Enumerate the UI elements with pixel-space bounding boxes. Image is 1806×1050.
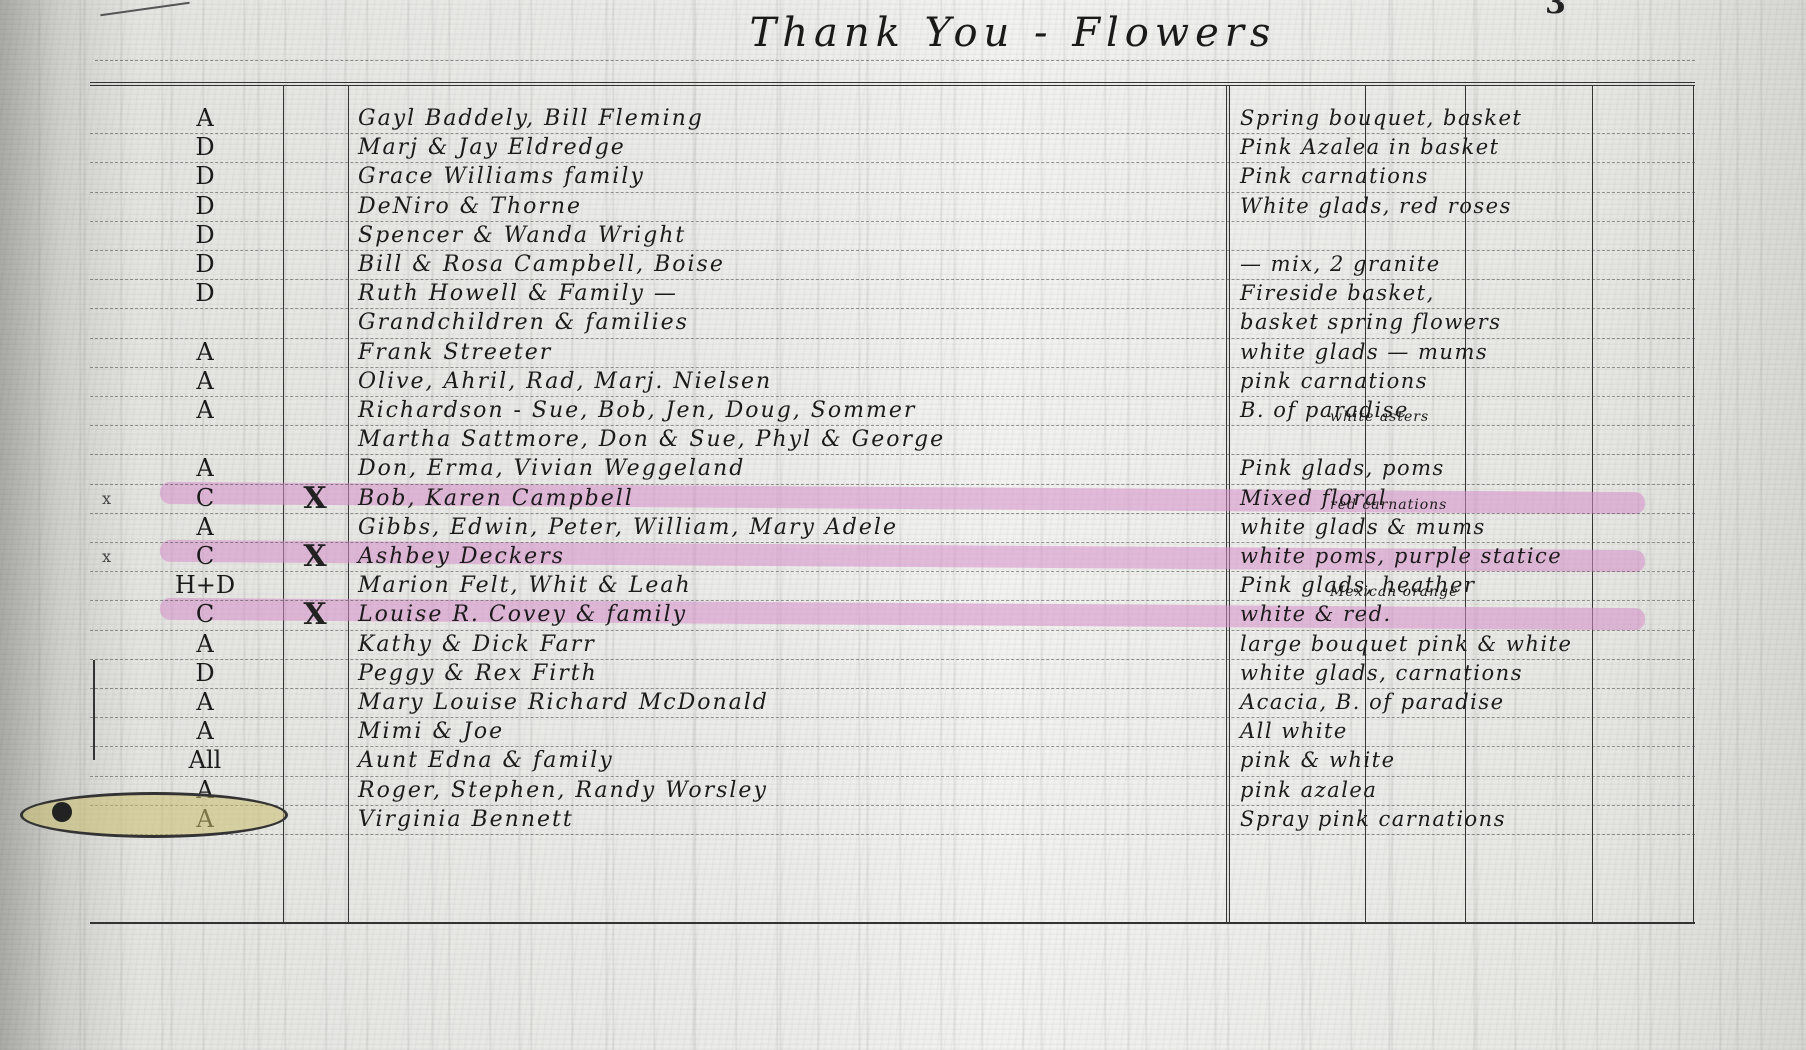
flower-description: large bouquet pink & white — [1240, 630, 1572, 659]
table-row: All Aunt Edna & family pink & white — [90, 746, 1695, 775]
sender-name: Spencer & Wanda Wright — [358, 221, 686, 250]
flower-description: Pink carnations — [1240, 162, 1429, 191]
sender-name: Grace Williams family — [358, 162, 645, 191]
row-code: C — [145, 542, 265, 571]
row-code: H+D — [145, 571, 265, 600]
title-rule — [95, 60, 1695, 62]
table-row: A Olive, Ahril, Rad, Marj. Nielsen pink … — [90, 367, 1695, 396]
sender-name: Virginia Bennett — [358, 805, 574, 834]
ruled-line — [90, 192, 1695, 193]
flower-description: pink carnations — [1240, 367, 1428, 396]
ruled-line — [90, 688, 1695, 689]
table-row: D Bill & Rosa Campbell, Boise — mix, 2 g… — [90, 250, 1695, 279]
ledger-table: A Gayl Baddely, Bill Fleming Spring bouq… — [90, 82, 1695, 924]
sender-name: Grandchildren & families — [358, 308, 689, 337]
sender-name: Mimi & Joe — [358, 717, 504, 746]
sender-name: Marj & Jay Eldredge — [358, 133, 626, 162]
sender-name: Peggy & Rex Firth — [358, 659, 598, 688]
sender-name: Aunt Edna & family — [358, 746, 614, 775]
flower-description: Pink glads, poms — [1240, 454, 1445, 483]
table-row: Grandchildren & families basket spring f… — [90, 308, 1695, 337]
flower-description-note: white asters — [1330, 410, 1429, 424]
table-row: A Mary Louise Richard McDonald Acacia, B… — [90, 688, 1695, 717]
sender-name: Gayl Baddely, Bill Fleming — [358, 104, 704, 133]
table-row: D Marj & Jay Eldredge Pink Azalea in bas… — [90, 133, 1695, 162]
row-check-mark: X — [285, 484, 345, 513]
flower-description: white glads & mums — [1240, 513, 1486, 542]
row-code: A — [145, 717, 265, 746]
row-code: A — [145, 367, 265, 396]
tick-mark: x — [102, 542, 122, 571]
row-code: A — [145, 513, 265, 542]
row-code: D — [145, 133, 265, 162]
table-row: A Gibbs, Edwin, Peter, William, Mary Ade… — [90, 513, 1695, 542]
sender-name: Martha Sattmore, Don & Sue, Phyl & Georg… — [358, 425, 945, 454]
table-row: D Peggy & Rex Firth white glads, carnati… — [90, 659, 1695, 688]
sender-name: Frank Streeter — [358, 338, 552, 367]
table-row: x C X Ashbey Deckers white poms, purple … — [90, 542, 1695, 571]
ruled-line — [90, 746, 1695, 747]
ruled-line — [90, 484, 1695, 485]
flower-description: Spring bouquet, basket — [1240, 104, 1522, 133]
table-row: D Ruth Howell & Family — Fireside basket… — [90, 279, 1695, 308]
ruled-line — [90, 717, 1695, 718]
sender-name: Richardson - Sue, Bob, Jen, Doug, Sommer — [358, 396, 916, 425]
ruled-line — [90, 279, 1695, 280]
sender-name: Gibbs, Edwin, Peter, William, Mary Adele — [358, 513, 898, 542]
row-code: A — [145, 688, 265, 717]
table-row: D Grace Williams family Pink carnations — [90, 162, 1695, 191]
ruled-line — [90, 600, 1695, 601]
punch-hole-dot — [52, 802, 72, 822]
ruled-line — [90, 425, 1695, 426]
sender-name: Louise R. Covey & family — [358, 600, 687, 629]
row-code: A — [145, 104, 265, 133]
flower-description-note: red carnations — [1330, 498, 1447, 512]
flower-description: basket spring flowers — [1240, 308, 1501, 337]
table-row: A Mimi & Joe All white — [90, 717, 1695, 746]
ruled-line — [90, 542, 1695, 543]
flower-description: Pink Azalea in basket — [1240, 133, 1500, 162]
flower-description: pink & white — [1240, 746, 1396, 775]
ruled-line — [90, 133, 1695, 134]
table-row: A Virginia Bennett Spray pink carnations — [90, 805, 1695, 834]
row-code: C — [145, 484, 265, 513]
sender-name: Ashbey Deckers — [358, 542, 565, 571]
ruled-line — [90, 221, 1695, 222]
table-row: A Richardson - Sue, Bob, Jen, Doug, Somm… — [90, 396, 1695, 425]
ruled-line — [90, 513, 1695, 514]
row-code: A — [145, 630, 265, 659]
ruled-line — [90, 630, 1695, 631]
flower-description: Fireside basket, — [1240, 279, 1435, 308]
ruled-line — [90, 308, 1695, 309]
ruled-line — [90, 162, 1695, 163]
page-title: Thank You - Flowers — [0, 10, 1806, 56]
sender-name: Marion Felt, Whit & Leah — [358, 571, 692, 600]
ruled-line — [90, 659, 1695, 660]
flower-description: Acacia, B. of paradise — [1240, 688, 1505, 717]
flower-description: white glads — mums — [1240, 338, 1488, 367]
ruled-line — [90, 805, 1695, 806]
ruled-line — [90, 367, 1695, 368]
row-check-mark: X — [285, 542, 345, 571]
row-code: D — [145, 221, 265, 250]
table-row: A Don, Erma, Vivian Weggeland Pink glads… — [90, 454, 1695, 483]
row-code: D — [145, 162, 265, 191]
flower-description: — mix, 2 granite — [1240, 250, 1441, 279]
row-code: D — [145, 659, 265, 688]
row-code: A — [145, 396, 265, 425]
sender-name: Bob, Karen Campbell — [358, 484, 634, 513]
row-code: All — [145, 746, 265, 775]
sender-name: Bill & Rosa Campbell, Boise — [358, 250, 725, 279]
sender-name: Olive, Ahril, Rad, Marj. Nielsen — [358, 367, 772, 396]
sender-name: Ruth Howell & Family — — [358, 279, 678, 308]
row-code: A — [145, 454, 265, 483]
flower-description: white glads, carnations — [1240, 659, 1523, 688]
tick-mark: x — [102, 484, 122, 513]
sender-name: Kathy & Dick Farr — [358, 630, 596, 659]
ruled-line — [90, 834, 1695, 835]
margin-bracket — [93, 660, 101, 760]
row-code: A — [145, 338, 265, 367]
flower-description: white poms, purple statice — [1240, 542, 1562, 571]
flower-description: white & red. — [1240, 600, 1392, 629]
ruled-line — [90, 396, 1695, 397]
table-row: A Frank Streeter white glads — mums — [90, 338, 1695, 367]
sender-name: DeNiro & Thorne — [358, 192, 582, 221]
flower-description-note: Mexican orange — [1330, 585, 1458, 599]
table-row: x C X Bob, Karen Campbell Mixed floral r… — [90, 484, 1695, 513]
row-check-mark: X — [285, 600, 345, 629]
sender-name: Mary Louise Richard McDonald — [358, 688, 769, 717]
table-row: A Kathy & Dick Farr large bouquet pink &… — [90, 630, 1695, 659]
row-code: C — [145, 600, 265, 629]
table-row: D Spencer & Wanda Wright — [90, 221, 1695, 250]
table-row: A Gayl Baddely, Bill Fleming Spring bouq… — [90, 104, 1695, 133]
sender-name: Don, Erma, Vivian Weggeland — [358, 454, 745, 483]
ruled-line — [90, 338, 1695, 339]
table-row: H+D Marion Felt, Whit & Leah Pink glads,… — [90, 571, 1695, 600]
flower-description: Spray pink carnations — [1240, 805, 1506, 834]
ruled-line — [90, 776, 1695, 777]
ruled-line — [90, 571, 1695, 572]
sender-name: Roger, Stephen, Randy Worsley — [358, 776, 768, 805]
flower-description: All white — [1240, 717, 1348, 746]
ruled-line — [90, 250, 1695, 251]
row-code: D — [145, 192, 265, 221]
row-code: D — [145, 279, 265, 308]
table-row: Martha Sattmore, Don & Sue, Phyl & Georg… — [90, 425, 1695, 454]
table-row: A Roger, Stephen, Randy Worsley pink aza… — [90, 776, 1695, 805]
row-code: D — [145, 250, 265, 279]
flower-description: pink azalea — [1240, 776, 1377, 805]
flower-description: White glads, red roses — [1240, 192, 1512, 221]
ruled-line — [90, 454, 1695, 455]
table-row: C X Louise R. Covey & family white & red… — [90, 600, 1695, 629]
table-row: D DeNiro & Thorne White glads, red roses — [90, 192, 1695, 221]
